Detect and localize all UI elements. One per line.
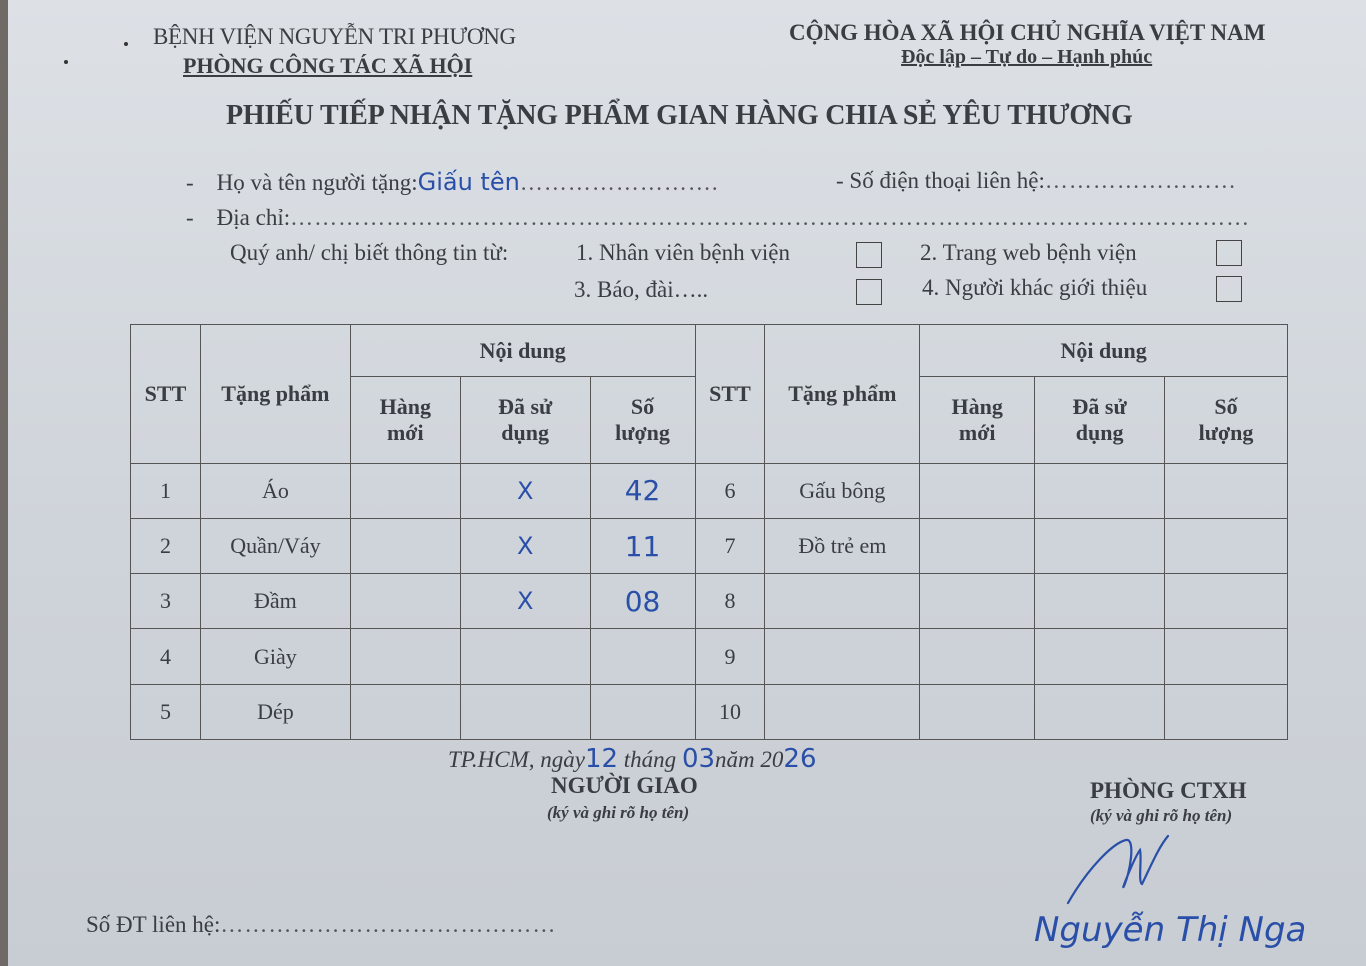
signature-mark-icon — [1058, 828, 1218, 908]
cell-item: Gấu bông — [765, 463, 920, 518]
paper-speck — [124, 42, 128, 46]
donor-phone-label: - Số điện thoại liên hệ: — [836, 168, 1045, 193]
bullet: - — [186, 170, 211, 195]
giver-title: NGƯỜI GIAO — [551, 773, 698, 799]
cell-stt: 2 — [131, 518, 201, 573]
cell-stt: 5 — [131, 684, 201, 739]
table-row: 2Quần/VáyX117Đồ trẻ em — [131, 518, 1288, 573]
cell-item: Quần/Váy — [200, 518, 350, 573]
cell-used[interactable] — [1035, 518, 1165, 573]
cell-new[interactable] — [350, 574, 460, 629]
header-new: Hàngmới — [920, 377, 1035, 463]
cell-qty[interactable] — [1165, 574, 1288, 629]
cell-used[interactable] — [460, 684, 590, 739]
cell-item — [765, 629, 920, 684]
receiver-signature-name: Nguyễn Thị Nga — [1034, 910, 1306, 950]
cell-stt: 1 — [131, 463, 201, 518]
footer-phone-label: Số ĐT liên hệ: — [86, 912, 220, 937]
department-name: PHÒNG CÔNG TÁC XÃ HỘI — [183, 53, 472, 79]
bullet: - — [186, 205, 211, 230]
cell-used[interactable]: X — [460, 518, 590, 573]
cell-new[interactable] — [920, 463, 1035, 518]
national-title: CỘNG HÒA XÃ HỘI CHỦ NGHĨA VIỆT NAM — [789, 20, 1265, 46]
cell-item — [765, 684, 920, 739]
header-used: Đã sửdụng — [460, 377, 590, 463]
paper-speck — [64, 60, 68, 64]
cell-qty[interactable] — [1165, 684, 1288, 739]
hospital-name: BỆNH VIỆN NGUYỄN TRI PHƯƠNG — [153, 24, 516, 50]
header-stt: STT — [695, 325, 765, 464]
dotted-fill: ……………………. — [520, 170, 719, 195]
cell-qty[interactable] — [590, 629, 695, 684]
footer-phone-row: Số ĐT liên hệ:…………………………………… — [86, 912, 556, 938]
source-option-3: 3. Báo, đài….. — [574, 277, 708, 303]
cell-new[interactable] — [350, 463, 460, 518]
cell-new[interactable] — [920, 518, 1035, 573]
cell-item — [765, 574, 920, 629]
source-option-4: 4. Người khác giới thiệu — [922, 275, 1147, 301]
source-option-2: 2. Trang web bệnh viện — [920, 240, 1137, 266]
checkbox-website[interactable] — [1216, 240, 1242, 266]
source-option-1: 1. Nhân viên bệnh viện — [576, 240, 790, 266]
address-field[interactable]: ………………………………………………………………………………………………………… — [290, 205, 1250, 230]
cell-item: Áo — [200, 463, 350, 518]
cell-used[interactable]: X — [460, 463, 590, 518]
cell-used[interactable] — [1035, 463, 1165, 518]
checkbox-staff[interactable] — [856, 242, 882, 268]
giver-subtitle: (ký và ghi rõ họ tên) — [547, 803, 689, 823]
cell-item: Giày — [200, 629, 350, 684]
cell-new[interactable] — [920, 574, 1035, 629]
cell-used[interactable]: X — [460, 574, 590, 629]
donor-phone-field[interactable]: …………………… — [1045, 168, 1237, 193]
header-item: Tặng phẩm — [200, 325, 350, 464]
address-label: Địa chỉ: — [217, 205, 290, 230]
cell-stt: 3 — [131, 574, 201, 629]
checkbox-media[interactable] — [856, 279, 882, 305]
date-year[interactable]: 26 — [783, 744, 816, 774]
header-qty: Sốlượng — [1165, 377, 1288, 463]
date-line: TP.HCM, ngày12 tháng 03năm 2026 — [448, 744, 817, 774]
cell-new[interactable] — [350, 518, 460, 573]
form-paper: BỆNH VIỆN NGUYỄN TRI PHƯƠNG PHÒNG CÔNG T… — [8, 0, 1366, 966]
donor-name-label: Họ và tên người tặng: — [217, 170, 418, 195]
date-day[interactable]: 12 — [585, 744, 618, 774]
cell-stt: 8 — [695, 574, 765, 629]
cell-stt: 9 — [695, 629, 765, 684]
form-title: PHIẾU TIẾP NHẬN TẶNG PHẨM GIAN HÀNG CHIA… — [226, 100, 1133, 132]
cell-qty[interactable]: 08 — [590, 574, 695, 629]
cell-new[interactable] — [920, 629, 1035, 684]
cell-used[interactable] — [1035, 574, 1165, 629]
checkbox-referral[interactable] — [1216, 276, 1242, 302]
cell-qty[interactable]: 11 — [590, 518, 695, 573]
cell-stt: 10 — [695, 684, 765, 739]
cell-item: Đầm — [200, 574, 350, 629]
header-content: Nội dung — [920, 325, 1288, 377]
header-stt: STT — [131, 325, 201, 464]
header-qty: Sốlượng — [590, 377, 695, 463]
cell-stt: 6 — [695, 463, 765, 518]
header-used: Đã sửdụng — [1035, 377, 1165, 463]
receiver-subtitle: (ký và ghi rõ họ tên) — [1090, 806, 1232, 826]
date-month[interactable]: 03 — [682, 744, 715, 774]
footer-phone-field[interactable]: …………………………………… — [220, 912, 556, 937]
table-row: 4Giày9 — [131, 629, 1288, 684]
cell-qty[interactable] — [1165, 463, 1288, 518]
table-row: 1ÁoX426Gấu bông — [131, 463, 1288, 518]
cell-new[interactable] — [350, 684, 460, 739]
donation-table: STT Tặng phẩm Nội dung STT Tặng phẩm Nội… — [130, 324, 1288, 740]
address-row: - Địa chỉ:………………………………………………………………………………… — [186, 205, 1250, 231]
header-content: Nội dung — [350, 325, 695, 377]
donor-name-row: - Họ và tên người tặng:Giấu tên……………………. — [186, 168, 719, 196]
source-label: Quý anh/ chị biết thông tin từ: — [230, 240, 508, 266]
table-row: 5Dép10 — [131, 684, 1288, 739]
table-row: 3ĐầmX088 — [131, 574, 1288, 629]
cell-new[interactable] — [920, 684, 1035, 739]
cell-used[interactable] — [1035, 629, 1165, 684]
donor-name-field[interactable]: Giấu tên — [418, 168, 520, 196]
cell-stt: 7 — [695, 518, 765, 573]
header-item: Tặng phẩm — [765, 325, 920, 464]
cell-used[interactable] — [1035, 684, 1165, 739]
header-new: Hàngmới — [350, 377, 460, 463]
receiver-title: PHÒNG CTXH — [1090, 778, 1247, 804]
donor-phone-row: - Số điện thoại liên hệ:…………………… — [836, 168, 1237, 194]
cell-new[interactable] — [350, 629, 460, 684]
cell-qty[interactable] — [1165, 518, 1288, 573]
cell-item: Dép — [200, 684, 350, 739]
cell-stt: 4 — [131, 629, 201, 684]
cell-qty[interactable] — [590, 684, 695, 739]
cell-used[interactable] — [460, 629, 590, 684]
cell-item: Đồ trẻ em — [765, 518, 920, 573]
national-motto: Độc lập – Tự do – Hạnh phúc — [901, 46, 1152, 69]
cell-qty[interactable] — [1165, 629, 1288, 684]
cell-qty[interactable]: 42 — [590, 463, 695, 518]
